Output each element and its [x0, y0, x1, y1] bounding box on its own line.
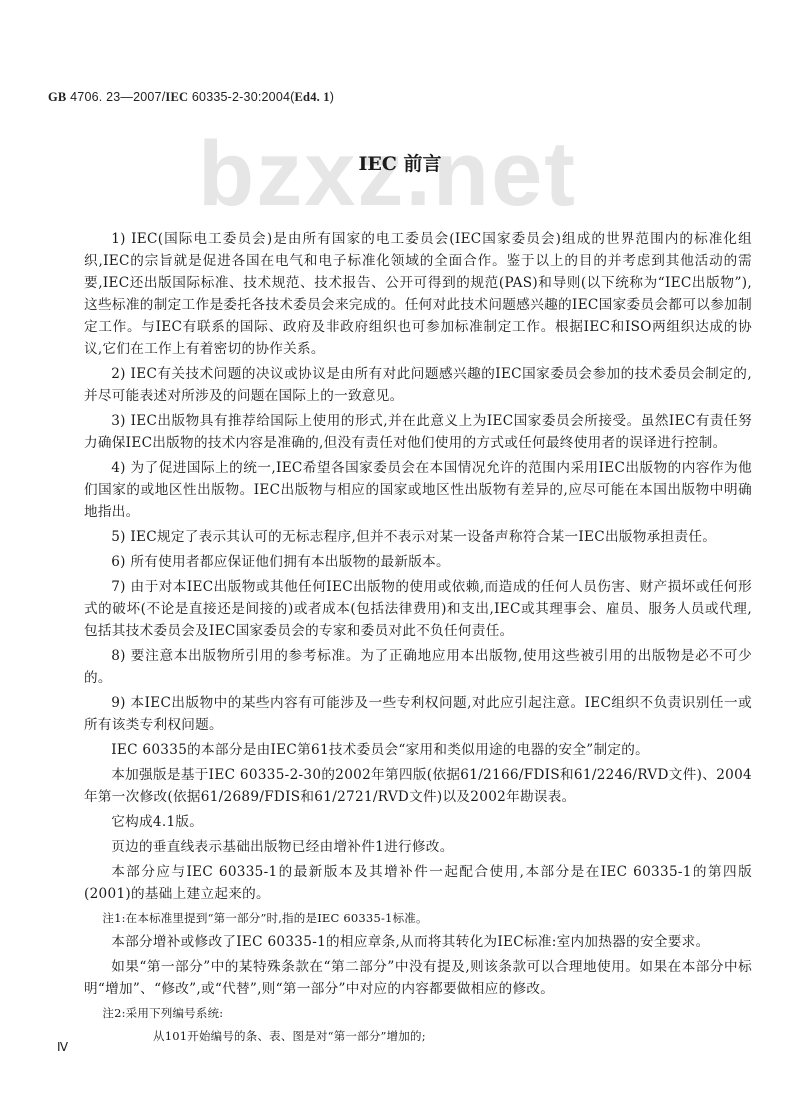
- paragraph-usage: 本部分应与IEC 60335-1的最新版本及其增补件一起配合使用,本部分是在IE…: [84, 861, 752, 905]
- header-std-number: 4706. 23—2007/: [66, 90, 165, 104]
- header-edition-close: ): [330, 90, 334, 104]
- paragraph-basis: 本加强版是基于IEC 60335-2-30的2002年第四版(依据61/2166…: [84, 764, 752, 808]
- header-edition: Ed4. 1: [295, 90, 330, 104]
- header-std-prefix: GB: [48, 90, 66, 104]
- page-number: Ⅳ: [57, 1040, 68, 1055]
- paragraph-7: 7) 由于对本IEC出版物或其他任何IEC出版物的使用或依赖,而造成的任何人员伤…: [84, 576, 752, 642]
- paragraph-8: 8) 要注意本出版物所引用的参考标准。为了正确地应用本出版物,使用这些被引用的出…: [84, 645, 752, 689]
- paragraph-1: 1) IEC(国际电工委员会)是由所有国家的电工委员会(IEC国家委员会)组成的…: [84, 228, 752, 360]
- document-header: GB 4706. 23—2007/IEC 60335-2-30:2004(Ed4…: [48, 90, 334, 105]
- paragraph-supplement: 本部分增补或修改了IEC 60335-1的相应章条,从而将其转化为IEC标准:室…: [84, 931, 752, 953]
- document-body: 1) IEC(国际电工委员会)是由所有国家的电工委员会(IEC国家委员会)组成的…: [84, 228, 752, 1046]
- page-title: IEC 前言: [0, 149, 800, 176]
- paragraph-3: 3) IEC出版物具有推荐给国际上使用的形式,并在此意义上为IEC国家委员会所接…: [84, 410, 752, 454]
- note-1: 注1:在本标准里提到“第一部分”时,指的是IEC 60335-1标准。: [84, 908, 752, 928]
- paragraph-version: 它构成4.1版。: [84, 811, 752, 833]
- paragraph-6: 6) 所有使用者都应保证他们拥有本出版物的最新版本。: [84, 551, 752, 573]
- paragraph-4: 4) 为了促进国际上的统一,IEC希望各国家委员会在本国情况允许的范围内采用IE…: [84, 457, 752, 523]
- paragraph-2: 2) IEC有关技术问题的决议或协议是由所有对此问题感兴趣的IEC国家委员会参加…: [84, 363, 752, 407]
- paragraph-part-one: 如果“第一部分”中的某特殊条款在“第二部分”中没有提及,则该条款可以合理地使用。…: [84, 956, 752, 1000]
- paragraph-margin-line: 页边的垂直线表示基础出版物已经由增补件1进行修改。: [84, 836, 752, 858]
- paragraph-9: 9) 本IEC出版物中的某些内容有可能涉及一些专利权问题,对此应引起注意。IEC…: [84, 692, 752, 736]
- note-2-item: 从101开始编号的条、表、图是对“第一部分”增加的;: [84, 1026, 752, 1046]
- note-2: 注2:采用下列编号系统:: [84, 1003, 752, 1023]
- header-iec-number: 60335-2-30:2004(: [188, 90, 294, 104]
- paragraph-committee: IEC 60335的本部分是由IEC第61技术委员会“家用和类似用途的电器的安全…: [84, 739, 752, 761]
- header-iec-prefix: IEC: [165, 90, 188, 104]
- paragraph-5: 5) IEC规定了表示其认可的无标志程序,但并不表示对某一设备声称符合某一IEC…: [84, 526, 752, 548]
